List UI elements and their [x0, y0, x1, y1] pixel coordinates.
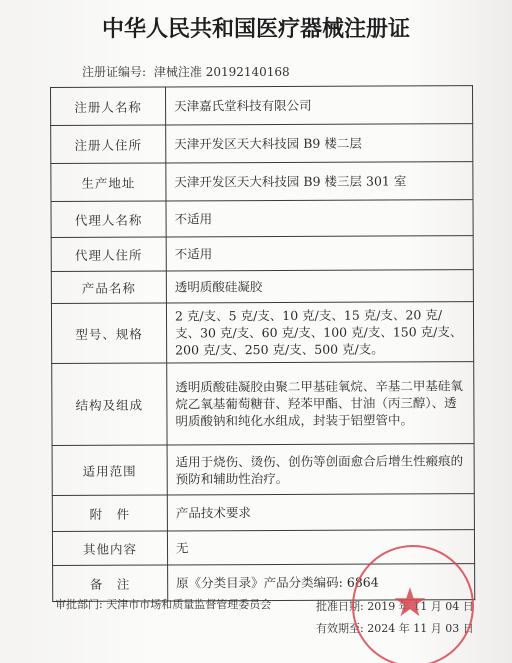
approval-department-label: 审批部门: [55, 598, 103, 611]
official-seal: ★ [352, 545, 474, 663]
row-label: 代理人名称 [51, 201, 166, 238]
registration-number: 注册证编号: 津械注准 20192140168 [82, 63, 290, 80]
row-value: 2 克/支、5 克/支、10 克/支、15 克/支、20 克/支、30 克/支、… [166, 302, 473, 363]
row-label: 结构及组成 [52, 363, 167, 446]
row-value: 透明质酸硅凝胶 [166, 270, 473, 303]
table-row: 生产地址 天津开发区天大科技园 B9 楼三层 301 室 [51, 162, 473, 202]
table-row: 型号、规格 2 克/支、5 克/支、10 克/支、15 克/支、20 克/支、3… [51, 302, 473, 364]
row-label: 产品名称 [51, 271, 166, 304]
row-label: 其他内容 [52, 531, 167, 566]
registration-number-value: 津械注准 20192140168 [154, 65, 290, 79]
row-label: 注册人名称 [51, 87, 166, 126]
row-label: 适用范围 [52, 445, 167, 496]
row-label: 附 件 [52, 495, 167, 532]
row-value: 天津开发区天大科技园 B9 楼三层 301 室 [166, 162, 473, 201]
document-title: 中华人民共和国医疗器械注册证 [0, 12, 512, 43]
row-value: 产品技术要求 [167, 494, 474, 531]
row-value: 透明质酸硅凝胶由聚二甲基硅氧烷、辛基二甲基硅氧烷乙氧基葡萄糖苷、羟苯甲酯、甘油（… [167, 362, 474, 445]
row-value: 适用于烧伤、烫伤、创伤等创面愈合后增生性瘢痕的预防和辅助性治疗。 [167, 444, 474, 495]
row-value: 不适用 [166, 236, 473, 271]
row-label: 注册人住所 [51, 125, 166, 164]
row-label: 生产地址 [51, 163, 166, 202]
certificate-page: 中华人民共和国医疗器械注册证 注册证编号: 津械注准 20192140168 注… [0, 0, 512, 663]
approval-department: 审批部门: 天津市市场和质量监督管理委员会 [55, 596, 271, 612]
table-row: 代理人名称 不适用 [51, 200, 473, 238]
star-icon: ★ [392, 583, 428, 623]
row-label: 型号、规格 [51, 303, 166, 364]
registration-number-label: 注册证编号: [82, 65, 146, 79]
row-value: 天津开发区天大科技园 B9 楼二层 [166, 124, 473, 163]
row-label: 代理人住所 [51, 237, 166, 272]
row-value: 天津嘉氏堂科技有限公司 [166, 86, 473, 125]
table-row: 注册人住所 天津开发区天大科技园 B9 楼二层 [51, 124, 473, 164]
row-value: 不适用 [166, 200, 473, 237]
table-row: 结构及组成 透明质酸硅凝胶由聚二甲基硅氧烷、辛基二甲基硅氧烷乙氧基葡萄糖苷、羟苯… [52, 362, 474, 446]
table-row: 代理人住所 不适用 [51, 236, 473, 272]
approval-department-value: 天津市市场和质量监督管理委员会 [106, 598, 271, 611]
certificate-table: 注册人名称 天津嘉氏堂科技有限公司 注册人住所 天津开发区天大科技园 B9 楼二… [50, 85, 475, 602]
table-row: 产品名称 透明质酸硅凝胶 [51, 270, 473, 304]
table-row: 注册人名称 天津嘉氏堂科技有限公司 [51, 86, 473, 126]
table-row: 适用范围 适用于烧伤、烫伤、创伤等创面愈合后增生性瘢痕的预防和辅助性治疗。 [52, 444, 474, 496]
table-row: 附 件 产品技术要求 [52, 494, 474, 532]
